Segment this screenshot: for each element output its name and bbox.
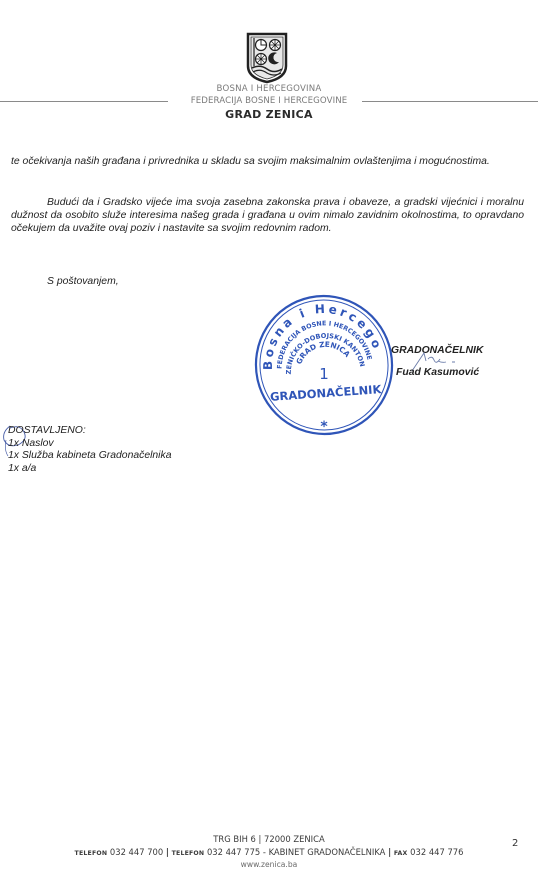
official-stamp: Bosna i Hercegovina FEDERACIJA BOSNE I H… [252,293,397,438]
city-coat-of-arms-icon [246,32,288,84]
signatory-name: Fuad Kasumović [396,367,479,378]
header-country: BOSNA I HERCEGOVINA [0,84,538,94]
phone-label: TELEFON [75,850,108,857]
paragraph-city-council: Budući da i Gradsko vijeće ima svoja zas… [11,196,524,235]
distribution-item: 1x Naslov [8,438,54,451]
header-rule-right [362,101,538,102]
footer-contacts: TELEFON 032 447 700 | TELEFON 032 447 77… [0,847,538,857]
footer-address: TRG BIH 6 | 72000 ZENICA [0,834,538,844]
stamp-star: * [320,419,328,435]
phone-main: 032 447 700 [110,847,163,857]
footer-website: www.zenica.ba [0,860,538,869]
separator: | [388,847,391,857]
page-number: 2 [512,838,518,849]
distribution-item: 1x a/a [8,463,36,476]
distribution-heading: DOSTAVLJENO: [8,425,86,438]
stamp-number: 1 [319,365,329,383]
phone-mayor-office: 032 447 775 - KABINET GRADONAČELNIKA [207,847,385,857]
header-city: GRAD ZENICA [0,108,538,121]
paragraph-continuation: te očekivanja naših građana i privrednik… [11,155,524,168]
phone-label: TELEFON [172,850,205,857]
separator: | [166,847,169,857]
fax-label: FAX [394,850,408,857]
fax-number: 032 447 776 [410,847,463,857]
stamp-office: GRADONAČELNIK [270,381,383,404]
closing-salutation: S poštovanjem, [47,276,119,287]
distribution-item: 1x Služba kabineta Gradonačelnika [8,450,171,463]
